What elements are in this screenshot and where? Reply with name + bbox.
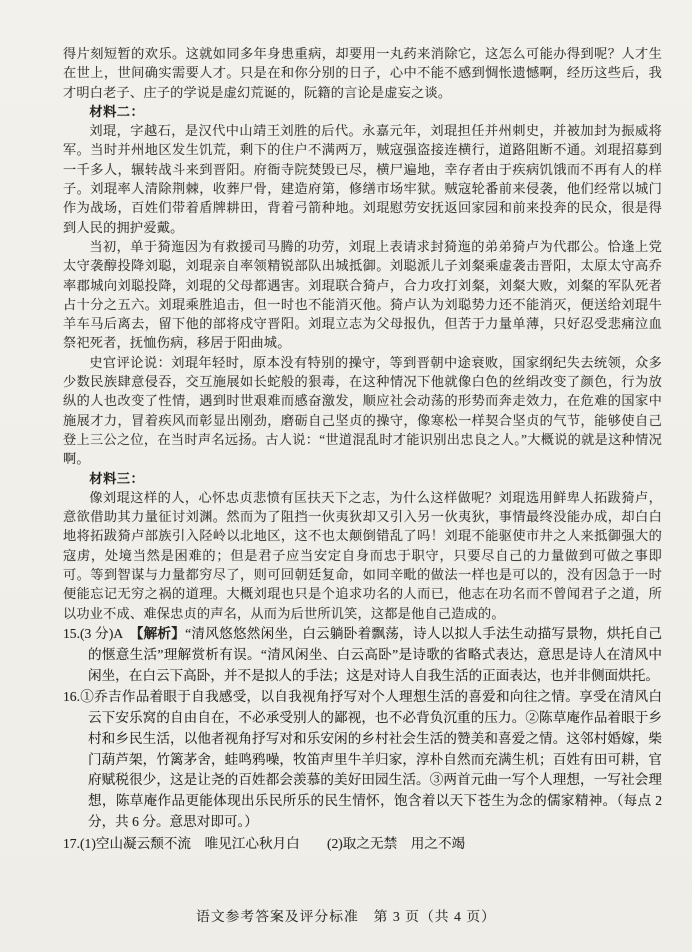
answer-item-15: 15.(3 分)A 【解析】“清风悠悠然闲坐，白云躺卧着飘荡，诗人以拟人手法生动… [63,624,662,686]
material-2-section: 材料二： 刘琨，字越石，是汉代中山靖王刘胜的后代。永嘉元年，刘琨担任并州刺史，并… [63,102,662,469]
answer-item-16: 16.①乔吉作品着眼于自我感受，以自我视角抒写对个人理想生活的喜爱和向往之情。享… [63,687,662,833]
material-3-heading: 材料三： [63,469,662,488]
material-2-paragraph-3: 史官评论说：刘琨年轻时，原本没有特别的操守，等到晋朝中途衰败，国家纲纪失去统领，… [63,353,662,469]
answer-16-number: 16. [63,689,80,704]
page-text-block: 得片刻短暂的欢乐。这就如同多年身患重病，却要用一丸药来消除它，这怎么可能办得到呢… [63,44,662,855]
page-footer: 语文参考答案及评分标准 第 3 页（共 4 页） [0,905,692,925]
material-1-continuation-section: 得片刻短暂的欢乐。这就如同多年身患重病，却要用一丸药来消除它，这怎么可能办得到呢… [63,44,662,102]
answer-15-analysis-marker: 【解析】 [137,626,186,641]
scanned-answer-sheet-page: 得片刻短暂的欢乐。这就如同多年身患重病，却要用一丸药来消除它，这怎么可能办得到呢… [0,0,692,952]
answer-16-text: ①乔吉作品着眼于自我感受，以自我视角抒写对个人理想生活的喜爱和向往之情。享受在清… [80,689,662,829]
answer-15-number-and-score: 15.(3 分)A [63,626,137,641]
material-3-paragraph-1: 像刘琨这样的人，心怀忠贞悲愤有匡扶天下之志，为什么这样做呢？刘琨选用鲜卑人拓跋猗… [63,488,662,623]
material-2-heading: 材料二： [63,102,662,121]
material-2-paragraph-1: 刘琨，字越石，是汉代中山靖王刘胜的后代。永嘉元年，刘琨担任并州刺史，并被加封为振… [63,121,662,237]
answer-17-text: (1)空山凝云颓不流 唯见江心秋月白 (2)取之无禁 用之不竭 [80,836,465,851]
material-3-section: 材料三： 像刘琨这样的人，心怀忠贞悲愤有匡扶天下之志，为什么这样做呢？刘琨选用鲜… [63,469,662,623]
continuation-paragraph: 得片刻短暂的欢乐。这就如同多年身患重病，却要用一丸药来消除它，这怎么可能办得到呢… [63,44,662,102]
answers-section: 15.(3 分)A 【解析】“清风悠悠然闲坐，白云躺卧着飘荡，诗人以拟人手法生动… [63,624,662,855]
answer-17-number: 17. [63,836,80,851]
material-2-paragraph-2: 当初，单于猗迤因为有救援司马腾的功劳，刘琨上表请求封猗迤的弟弟猗卢为代郡公。恰逢… [63,237,662,353]
answer-item-17: 17.(1)空山凝云颓不流 唯见江心秋月白 (2)取之无禁 用之不竭 [63,834,662,855]
